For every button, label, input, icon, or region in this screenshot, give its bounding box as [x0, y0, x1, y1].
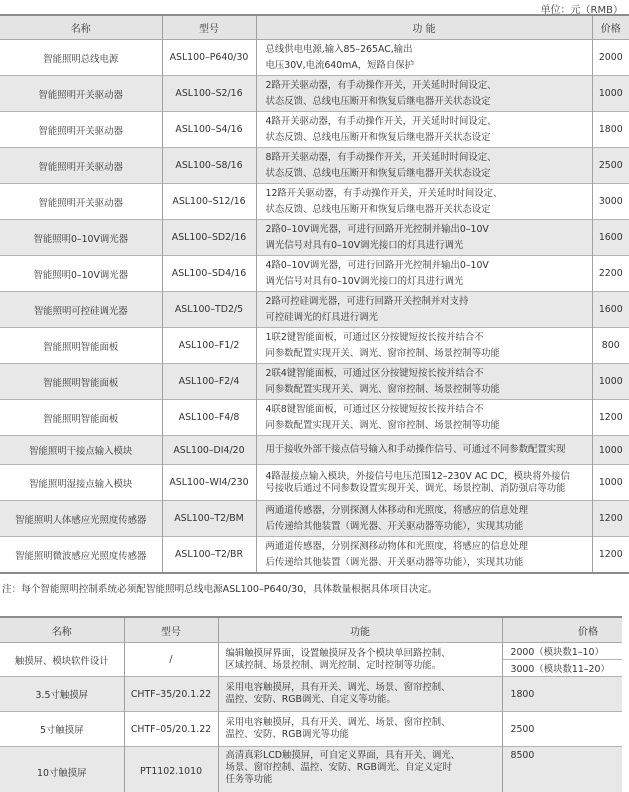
product-name: 智能照明干接点输入模块 — [0, 436, 162, 465]
product-name: 智能照明湿接点输入模块 — [0, 465, 162, 501]
product-function: 编辑触摸屏界面，设置触摸屏及各个模块单回路控制、区域控制、场景控制、调光控制、定… — [218, 643, 502, 677]
product-model: CHTF–05/20.1.22 — [124, 712, 218, 747]
product-function: 4路湿接点输入模块，外接信号电压范围12–230V AC DC，模块将外接信号接… — [256, 465, 592, 501]
product-name: 3.5寸触摸屏 — [0, 677, 124, 712]
table-row: 5寸触摸屏 CHTF–05/20.1.22 采用电容触摸屏，具有开关、调光、场景… — [0, 712, 622, 747]
function-line: 调光信号对具有0–10V调光接口的灯具进行调光 — [266, 238, 592, 254]
product-function: 2路可控硅调光器，可进行回路开关控制并对支持可控硅调光的灯具进行调光 — [256, 292, 592, 328]
header-model: 型号 — [162, 15, 256, 40]
function-line: 调光信号对具有0–10V调光接口的灯具进行调光 — [266, 274, 592, 290]
product-model: ASL100–S12/16 — [162, 184, 256, 220]
function-line: 任务等功能 — [226, 774, 502, 786]
function-line: 8路开关驱动器，有手动操作开关，开关延时时间设定、 — [266, 150, 592, 166]
table-row: 智能照明总线电源 ASL100–P640/30 总线供电电源,输入85–265A… — [0, 40, 629, 76]
function-line: 编辑触摸屏界面，设置触摸屏及各个模块单回路控制、 — [226, 648, 502, 660]
product-function: 采用电容触摸屏，具有开关、调光、场景、窗帘控制、温控、安防、RGB调光等功能 — [218, 712, 502, 747]
product-price: 1800 — [592, 112, 629, 148]
function-line: 用于接收外部干接点信号输入和手动操作信号、可通过不同参数配置实现 — [266, 442, 592, 458]
product-model: ASL100–F2/4 — [162, 364, 256, 400]
product-model: ASL100–DI4/20 — [162, 436, 256, 465]
product-function: 用于接收外部干接点信号输入和手动操作信号、可通过不同参数配置实现 — [256, 436, 592, 465]
product-price: 800 — [592, 328, 629, 364]
product-model: ASL100–S2/16 — [162, 76, 256, 112]
function-line: 2路0–10V调光器，可进行回路开光控制并输出0–10V — [266, 222, 592, 238]
function-line: 区域控制、场景控制、调光控制、定时控制等功能。 — [226, 660, 502, 672]
product-price-tier-1: 2000（模块数1–10） — [502, 643, 622, 660]
table-row: 智能照明开关驱动器 ASL100–S8/16 8路开关驱动器，有手动操作开关，开… — [0, 148, 629, 184]
product-name: 智能照明开关驱动器 — [0, 76, 162, 112]
product-name: 智能照明智能面板 — [0, 364, 162, 400]
footnote: 注：每个智能照明控制系统必须配智能照明总线电源ASL100–P640/30，具体… — [2, 581, 438, 595]
product-price: 1000 — [592, 76, 629, 112]
product-price: 2200 — [592, 256, 629, 292]
product-price: 1200 — [592, 537, 629, 574]
table-row: 智能照明智能面板 ASL100–F2/4 2联4键智能面板，可通过区分按键短按长… — [0, 364, 629, 400]
function-line: 状态反馈、总线电压断开和恢复后继电器开关状态设定 — [266, 202, 592, 218]
product-model: PT1102.1010 — [124, 747, 218, 792]
product-model: ASL100–SD2/16 — [162, 220, 256, 256]
product-name: 智能照明0–10V调光器 — [0, 220, 162, 256]
product-name: 智能照明智能面板 — [0, 328, 162, 364]
function-line: 4路湿接点输入模块，外接信号电压范围12–230V AC DC，模块将外接信 — [266, 471, 592, 483]
product-name: 智能照明开关驱动器 — [0, 112, 162, 148]
function-line: 12路开关驱动器，有手动操作开关，开关延时时间设定、 — [266, 186, 592, 202]
product-function: 4联8键智能面板，可通过区分按键短按长按并结合不同参数配置实现开关、调光、窗帘控… — [256, 400, 592, 436]
table-row: 智能照明人体感应光照度传感器 ASL100–T2/BM 两通道传感器，分别探测人… — [0, 501, 629, 537]
function-line: 4联8键智能面板，可通过区分按键短按长按并结合不 — [266, 402, 592, 418]
product-function: 2路开关驱动器，有手动操作开关，开关延时时间设定、状态反馈、总线电压断开和恢复后… — [256, 76, 592, 112]
header-function: 功 能 — [256, 15, 592, 40]
product-function: 采用电容触摸屏，具有开关、调光、场景、窗帘控制、温控、安防、RGB调光、自定义等… — [218, 677, 502, 712]
product-name: 智能照明人体感应光照度传感器 — [0, 501, 162, 537]
product-function: 两通道传感器，分别探测移动物体和光照度，将感应的信息处理后传递给其他装置（调光器… — [256, 537, 592, 574]
function-line: 高清真彩LCD触摸屏，可自定义界面，具有开关、调光、 — [226, 750, 502, 762]
product-name: 智能照明总线电源 — [0, 40, 162, 76]
table-row: 智能照明智能面板 ASL100–F1/2 1联2键智能面板，可通过区分按键短按长… — [0, 328, 629, 364]
product-model: ASL100–F4/8 — [162, 400, 256, 436]
product-function: 1联2键智能面板，可通过区分按键短按长按并结合不同参数配置实现开关、调光、窗帘控… — [256, 328, 592, 364]
product-price: 2500 — [592, 148, 629, 184]
product-price: 1000 — [592, 465, 629, 501]
product-price: 1600 — [592, 220, 629, 256]
product-price: 1200 — [592, 400, 629, 436]
product-function: 2联4键智能面板，可通过区分按键短按长按并结合不同参数配置实现开关、调光、窗帘控… — [256, 364, 592, 400]
function-line: 电压30V,电流640mA，短路自保护 — [266, 58, 592, 74]
header-price: 价格 — [502, 617, 622, 643]
product-name: 智能照明0–10V调光器 — [0, 256, 162, 292]
product-function: 4路0–10V调光器，可进行回路开光控制并输出0–10V调光信号对具有0–10V… — [256, 256, 592, 292]
table-row: 智能照明开关驱动器 ASL100–S2/16 2路开关驱动器，有手动操作开关，开… — [0, 76, 629, 112]
product-name: 智能照明微波感应光照度传感器 — [0, 537, 162, 574]
lighting-products-price-table: 名称 型号 功 能 价格 智能照明总线电源 ASL100–P640/30 总线供… — [0, 14, 629, 574]
table-row: 智能照明开关驱动器 ASL100–S4/16 4路开关驱动器，有手动操作开关，开… — [0, 112, 629, 148]
function-line: 两通道传感器，分别探测移动物体和光照度，将感应的信息处理 — [266, 539, 592, 555]
function-line: 4路开关驱动器，有手动操作开关，开关延时时间设定、 — [266, 114, 592, 130]
product-model: / — [124, 643, 218, 677]
function-line: 2路开关驱动器，有手动操作开关，开关延时时间设定、 — [266, 78, 592, 94]
function-line: 温控、安防、RGB调光等功能 — [226, 729, 502, 741]
product-name: 智能照明开关驱动器 — [0, 184, 162, 220]
product-model: ASL100–T2/BM — [162, 501, 256, 537]
header-model: 型号 — [124, 617, 218, 643]
product-model: CHTF–35/20.1.22 — [124, 677, 218, 712]
product-function: 12路开关驱动器，有手动操作开关，开关延时时间设定、状态反馈、总线电压断开和恢复… — [256, 184, 592, 220]
product-price: 1000 — [592, 436, 629, 465]
product-model: ASL100–F1/2 — [162, 328, 256, 364]
table-row: 10寸触摸屏 PT1102.1010 高清真彩LCD触摸屏，可自定义界面，具有开… — [0, 747, 622, 792]
product-name: 10寸触摸屏 — [0, 747, 124, 792]
product-model: ASL100–WI4/230 — [162, 465, 256, 501]
product-model: ASL100–TD2/5 — [162, 292, 256, 328]
function-line: 总线供电电源,输入85–265AC,输出 — [266, 42, 592, 58]
product-function: 4路开关驱动器，有手动操作开关，开关延时时间设定、状态反馈、总线电压断开和恢复后… — [256, 112, 592, 148]
product-model: ASL100–P640/30 — [162, 40, 256, 76]
function-line: 1联2键智能面板，可通过区分按键短按长按并结合不 — [266, 330, 592, 346]
product-price: 8500 — [502, 747, 622, 792]
product-price: 1600 — [592, 292, 629, 328]
table-header-row: 名称 型号 功能 价格 — [0, 617, 622, 643]
function-line: 后传递给其他装置（调光器、开关驱动器等功能），实现其功能 — [266, 519, 592, 535]
function-line: 后传递给其他装置（调光器、开关驱动器等功能），实现其功能 — [266, 555, 592, 571]
product-model: ASL100–SD4/16 — [162, 256, 256, 292]
function-line: 同参数配置实现开关、调光、窗帘控制、场景控制等功能 — [266, 382, 592, 398]
header-name: 名称 — [0, 617, 124, 643]
function-line: 两通道传感器，分别探测人体移动和光照度，将感应的信息处理 — [266, 503, 592, 519]
table-row: 智能照明微波感应光照度传感器 ASL100–T2/BR 两通道传感器，分别探测移… — [0, 537, 629, 574]
product-price: 1000 — [592, 364, 629, 400]
product-name: 触摸屏、模块软件设计 — [0, 643, 124, 677]
function-line: 温控、安防、RGB调光、自定义等功能。 — [226, 694, 502, 706]
function-line: 场景、窗帘控制、温控、安防、RGB调光、自定义定时 — [226, 762, 502, 774]
table-row: 智能照明可控硅调光器 ASL100–TD2/5 2路可控硅调光器，可进行回路开关… — [0, 292, 629, 328]
table-row: 智能照明智能面板 ASL100–F4/8 4联8键智能面板，可通过区分按键短按长… — [0, 400, 629, 436]
function-line: 2联4键智能面板，可通过区分按键短按长按并结合不 — [266, 366, 592, 382]
product-function: 总线供电电源,输入85–265AC,输出电压30V,电流640mA，短路自保护 — [256, 40, 592, 76]
function-line: 同参数配置实现开关、调光、窗帘控制、场景控制等功能 — [266, 346, 592, 362]
touchscreen-price-table: 名称 型号 功能 价格 触摸屏、模块软件设计 / 编辑触摸屏界面，设置触摸屏及各… — [0, 616, 622, 792]
product-model: ASL100–T2/BR — [162, 537, 256, 574]
product-function: 高清真彩LCD触摸屏，可自定义界面，具有开关、调光、场景、窗帘控制、温控、安防、… — [218, 747, 502, 792]
function-line: 采用电容触摸屏，具有开关、调光、场景、窗帘控制、 — [226, 682, 502, 694]
product-price: 1200 — [592, 501, 629, 537]
function-line: 状态反馈、总线电压断开和恢复后继电器开关状态设定 — [266, 94, 592, 110]
product-name: 智能照明可控硅调光器 — [0, 292, 162, 328]
function-line: 同参数配置实现开关、调光、窗帘控制、场景控制等功能 — [266, 418, 592, 434]
table-row: 智能照明干接点输入模块 ASL100–DI4/20 用于接收外部干接点信号输入和… — [0, 436, 629, 465]
product-name: 5寸触摸屏 — [0, 712, 124, 747]
product-function: 8路开关驱动器，有手动操作开关，开关延时时间设定、状态反馈、总线电压断开和恢复后… — [256, 148, 592, 184]
function-line: 4路0–10V调光器，可进行回路开光控制并输出0–10V — [266, 258, 592, 274]
header-price: 价格 — [592, 15, 629, 40]
header-function: 功能 — [218, 617, 502, 643]
table-row: 智能照明0–10V调光器 ASL100–SD4/16 4路0–10V调光器，可进… — [0, 256, 629, 292]
product-price: 2500 — [502, 712, 622, 747]
table-row: 智能照明湿接点输入模块 ASL100–WI4/230 4路湿接点输入模块，外接信… — [0, 465, 629, 501]
product-function: 2路0–10V调光器，可进行回路开光控制并输出0–10V调光信号对具有0–10V… — [256, 220, 592, 256]
function-line: 状态反馈、总线电压断开和恢复后继电器开关状态设定 — [266, 166, 592, 182]
product-name: 智能照明开关驱动器 — [0, 148, 162, 184]
product-price: 3000 — [592, 184, 629, 220]
product-price: 1800 — [502, 677, 622, 712]
product-name: 智能照明智能面板 — [0, 400, 162, 436]
function-line: 号接收后通过不同参数设置实现开关、调光、场景控制、消防强启等功能 — [266, 483, 592, 495]
header-name: 名称 — [0, 15, 162, 40]
product-model: ASL100–S8/16 — [162, 148, 256, 184]
table-row: 3.5寸触摸屏 CHTF–35/20.1.22 采用电容触摸屏，具有开关、调光、… — [0, 677, 622, 712]
function-line: 2路可控硅调光器，可进行回路开关控制并对支持 — [266, 294, 592, 310]
product-function: 两通道传感器，分别探测人体移动和光照度，将感应的信息处理后传递给其他装置（调光器… — [256, 501, 592, 537]
table-row: 触摸屏、模块软件设计 / 编辑触摸屏界面，设置触摸屏及各个模块单回路控制、区域控… — [0, 643, 622, 660]
function-line: 可控硅调光的灯具进行调光 — [266, 310, 592, 326]
table-row: 智能照明0–10V调光器 ASL100–SD2/16 2路0–10V调光器，可进… — [0, 220, 629, 256]
function-line: 状态反馈、总线电压断开和恢复后继电器开关状态设定 — [266, 130, 592, 146]
table-row: 智能照明开关驱动器 ASL100–S12/16 12路开关驱动器，有手动操作开关… — [0, 184, 629, 220]
table-header-row: 名称 型号 功 能 价格 — [0, 15, 629, 40]
function-line: 采用电容触摸屏，具有开关、调光、场景、窗帘控制、 — [226, 717, 502, 729]
product-price-tier-2: 3000（模块数11–20） — [502, 660, 622, 677]
product-price: 2000 — [592, 40, 629, 76]
product-model: ASL100–S4/16 — [162, 112, 256, 148]
